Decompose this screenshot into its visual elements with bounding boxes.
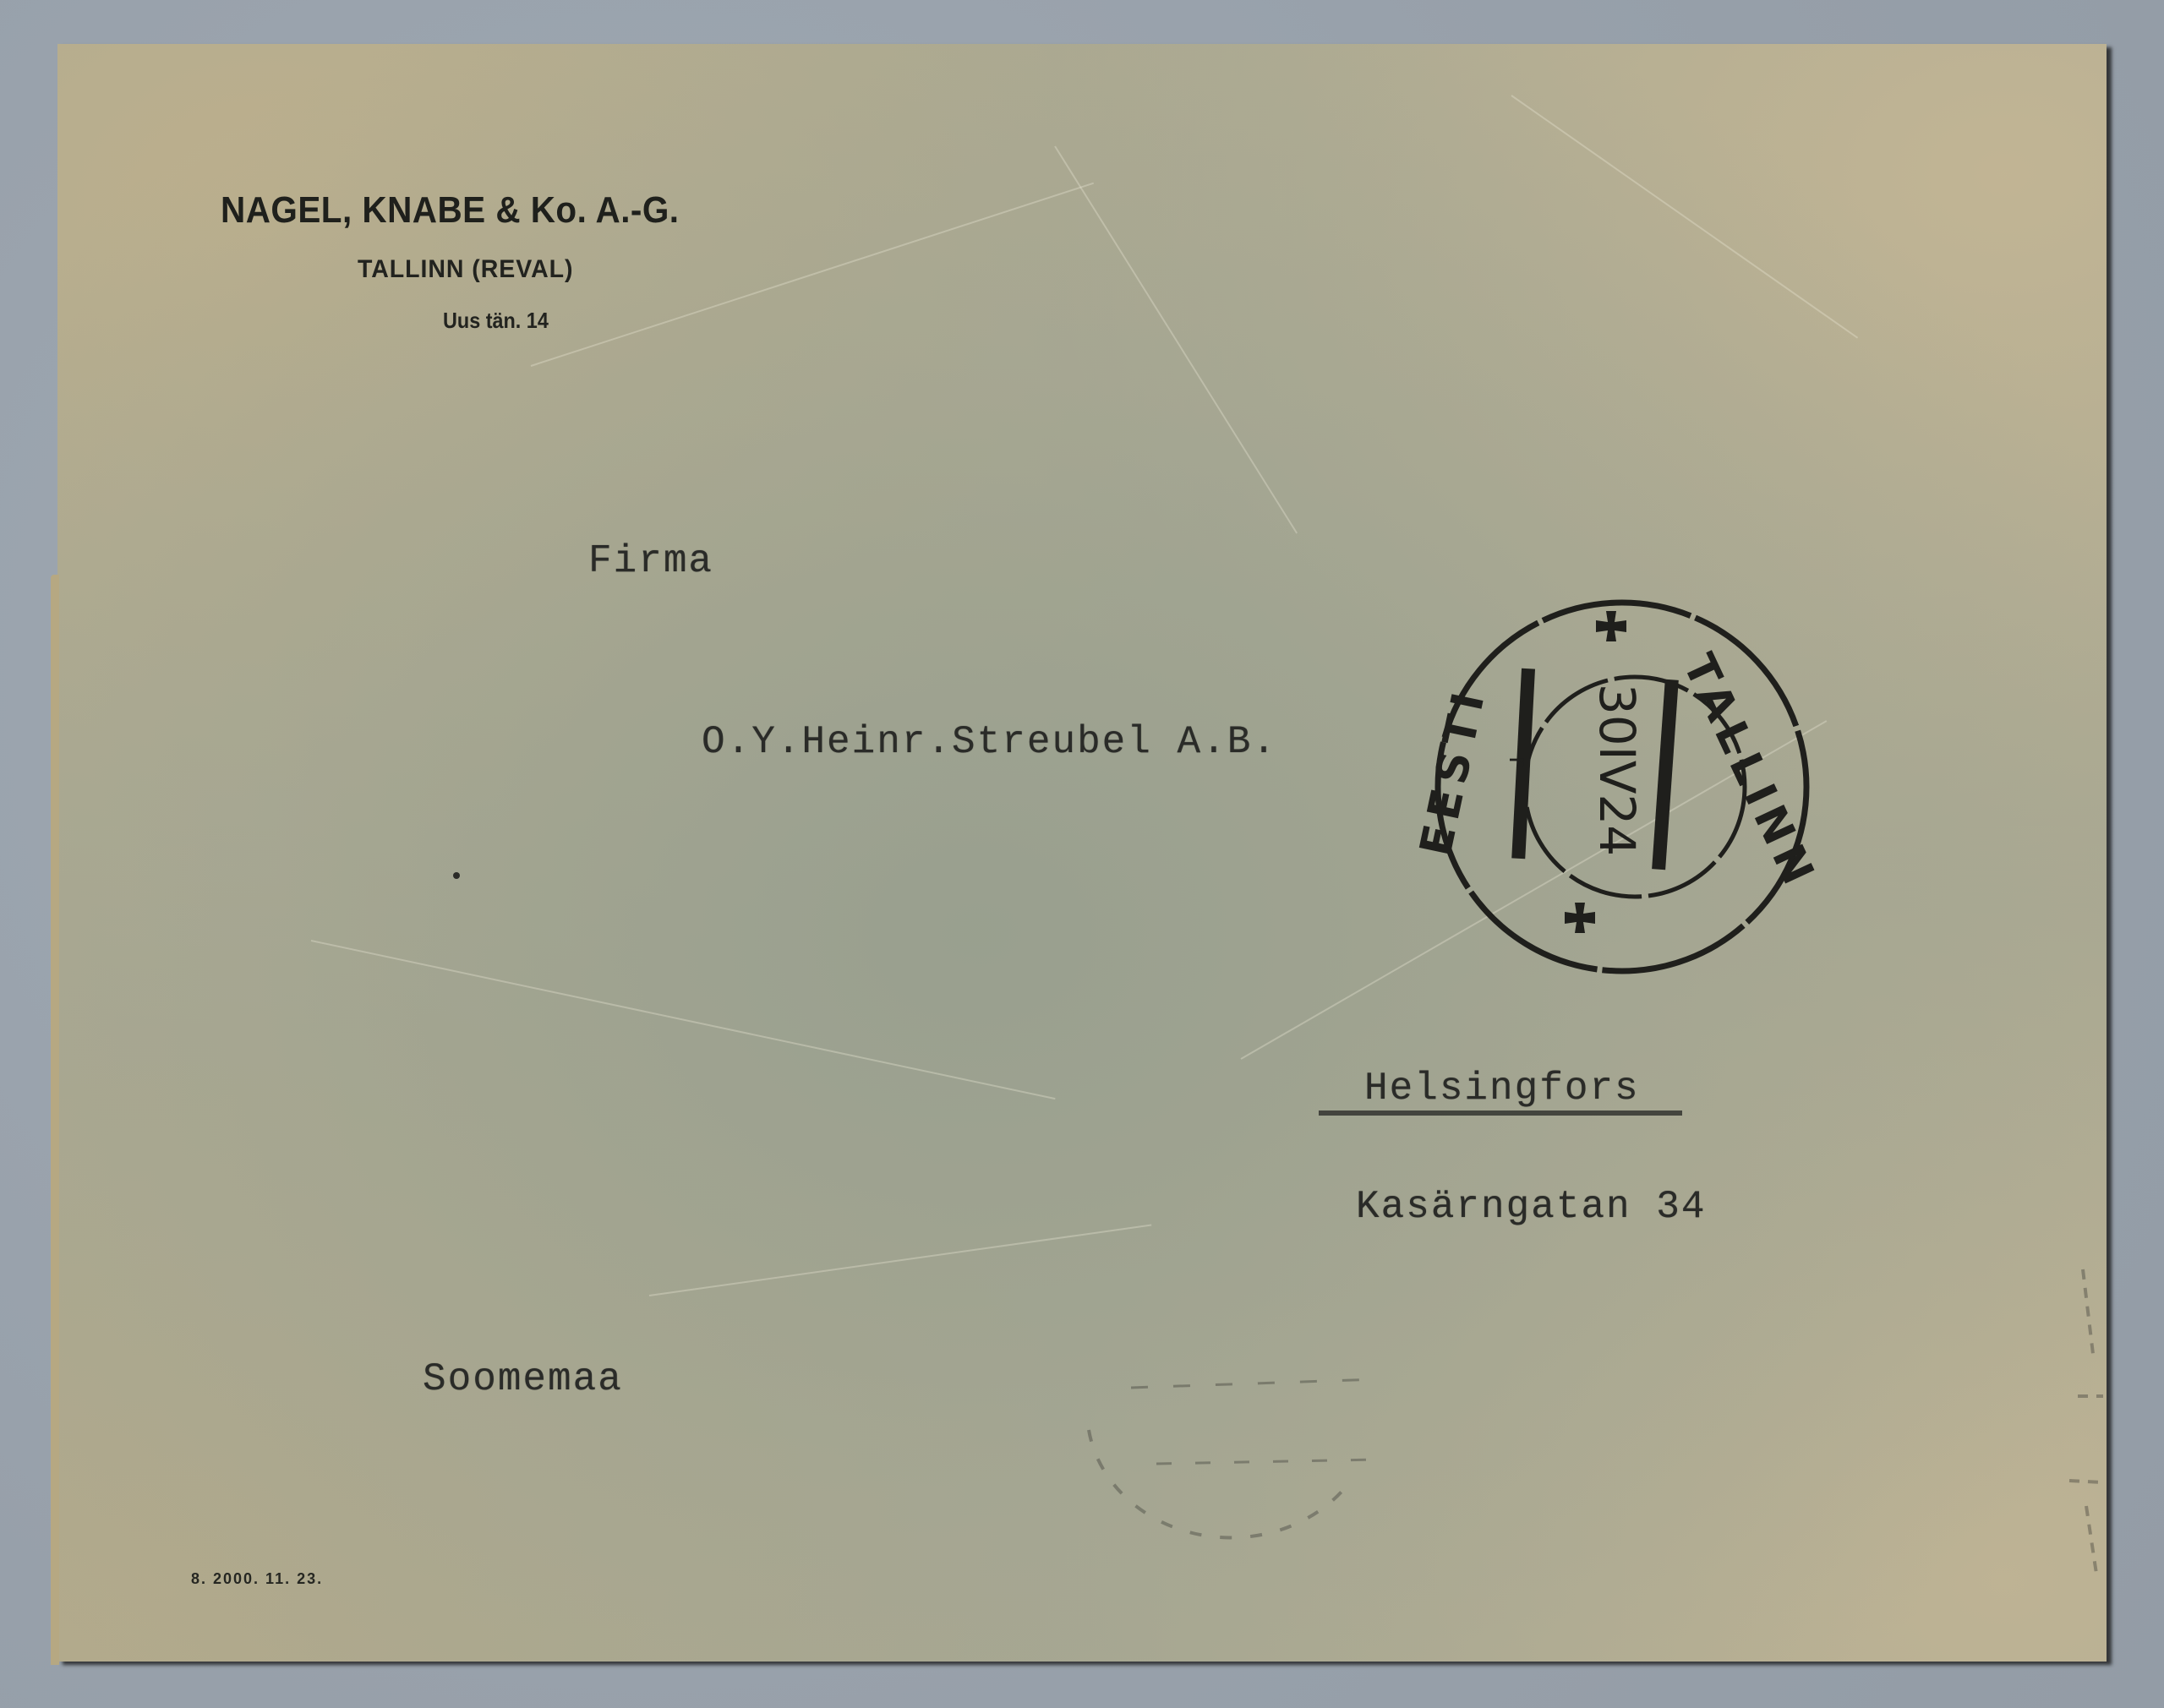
paper-crease [1054, 145, 1298, 533]
sender-name: NAGEL, KNABE & Ko. A.-G. [221, 189, 680, 232]
sender-street: Uus tän. 14 [443, 308, 549, 334]
recipient-street: Kasärngatan 34 [1356, 1185, 1706, 1229]
print-code: 8. 2000. 11. 23. [191, 1570, 323, 1588]
envelope: NAGEL, KNABE & Ko. A.-G. TALLINN (REVAL)… [57, 44, 2107, 1662]
recipient-country: Soomemaa [423, 1357, 623, 1401]
recipient-company: O.Y.Heinr.Streubel A.B. [702, 720, 1277, 764]
postmark-stamp: 30IV24 r TALLINN EESTI [1407, 580, 1829, 985]
city-underline [1319, 1110, 1682, 1116]
envelope-flap-edge [51, 575, 59, 1665]
reverse-postmark-showthrough [1055, 1312, 1410, 1565]
paper-crease [1511, 95, 1858, 338]
paper-crease [311, 940, 1056, 1100]
postmark-country: EESTI [1411, 682, 1496, 860]
reverse-marks-showthrough [2052, 1252, 2107, 1591]
recipient-salutation: Firma [588, 539, 713, 583]
paper-crease [649, 1225, 1151, 1296]
svg-text:30IV24: 30IV24 [1588, 684, 1646, 856]
ink-dot [453, 872, 460, 879]
postmark-office-letter: r [1503, 756, 1533, 767]
postmark-date: 30IV24 [1588, 684, 1646, 856]
sender-city: TALLINN (REVAL) [358, 255, 573, 284]
recipient-city: Helsingfors [1364, 1067, 1640, 1110]
cross-icon [1596, 611, 1626, 641]
cross-icon [1565, 903, 1595, 933]
